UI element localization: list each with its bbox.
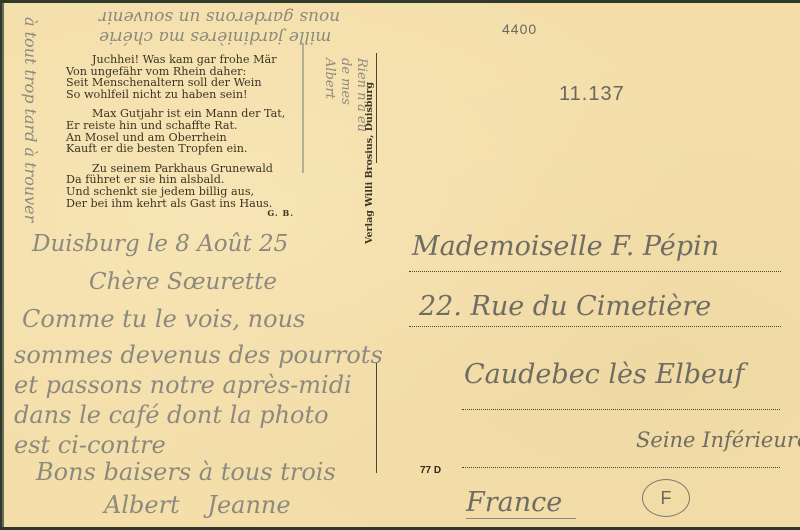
message-signatures: Albert Jeanne	[104, 491, 291, 519]
message-line: sommes devenus des pourrots	[14, 341, 383, 369]
side-note: Rien n'a eu de mes Albert	[321, 58, 369, 132]
message-closing: Bons baisers à tous trois	[36, 458, 336, 486]
address-name: Mademoiselle F. Pépin	[412, 231, 719, 262]
upside-down-note: mille jardinières ma chérie nous gardero…	[99, 7, 340, 47]
poem-line: Und schenkt sie jedem billig aus,	[66, 186, 316, 198]
side-note-line: Albert	[321, 58, 337, 132]
reference-note: 11.137	[559, 83, 625, 106]
poem-stanza: Zu seinem Parkhaus Grunewald Da führet e…	[66, 163, 316, 209]
address-region: Seine Inférieure	[636, 428, 800, 452]
message-line: est ci-contre	[14, 431, 166, 459]
publisher-imprint: Verlag Willi Brosius, Duisburg	[364, 63, 375, 263]
message-line: et passons notre après-midi	[14, 371, 352, 399]
address-line-1	[409, 271, 781, 272]
poem-line: Er reiste hin und schaffte Rat.	[66, 120, 316, 132]
poem-line: Kauft er die besten Tropfen ein.	[66, 143, 316, 155]
left-margin-note: à tout trop tard à trouver	[21, 17, 40, 222]
print-code: 77 D	[420, 465, 441, 476]
postcard-back: mille jardinières ma chérie nous gardero…	[2, 3, 800, 527]
printed-poem: Juchhei! Was kam gar frohe Mär Von ungef…	[66, 54, 316, 220]
poem-line: Juchhei! Was kam gar frohe Mär	[66, 54, 316, 66]
pencil-stroke	[302, 43, 304, 173]
poem-line: So wohlfeil nicht zu haben sein!	[66, 89, 316, 101]
message-greeting: Chère Sœurette	[89, 269, 277, 295]
address-line-4	[462, 467, 780, 468]
address-street: 22. Rue du Cimetière	[419, 291, 711, 322]
address-city: Caudebec lès Elbeuf	[464, 359, 744, 390]
side-note-line: de mes	[337, 58, 353, 132]
address-line-3	[462, 409, 780, 410]
country-code-circle: F	[642, 479, 690, 517]
divider-line-top	[376, 53, 377, 163]
divider-line-bottom	[376, 363, 377, 473]
poem-stanza: Max Gutjahr ist ein Mann der Tat, Er rei…	[66, 108, 316, 154]
address-country: France	[466, 487, 576, 519]
poem-signature: G. B.	[66, 208, 316, 220]
address-line-2	[409, 326, 781, 327]
message-line: Comme tu le vois, nous	[22, 305, 305, 333]
upside-down-line: nous garderons un souvenir	[99, 7, 340, 27]
price-note: 4400	[502, 21, 537, 37]
message-line: dans le café dont la photo	[14, 401, 329, 429]
message-date: Duisburg le 8 Août 25	[32, 231, 288, 257]
poem-stanza: Juchhei! Was kam gar frohe Mär Von ungef…	[66, 54, 316, 100]
